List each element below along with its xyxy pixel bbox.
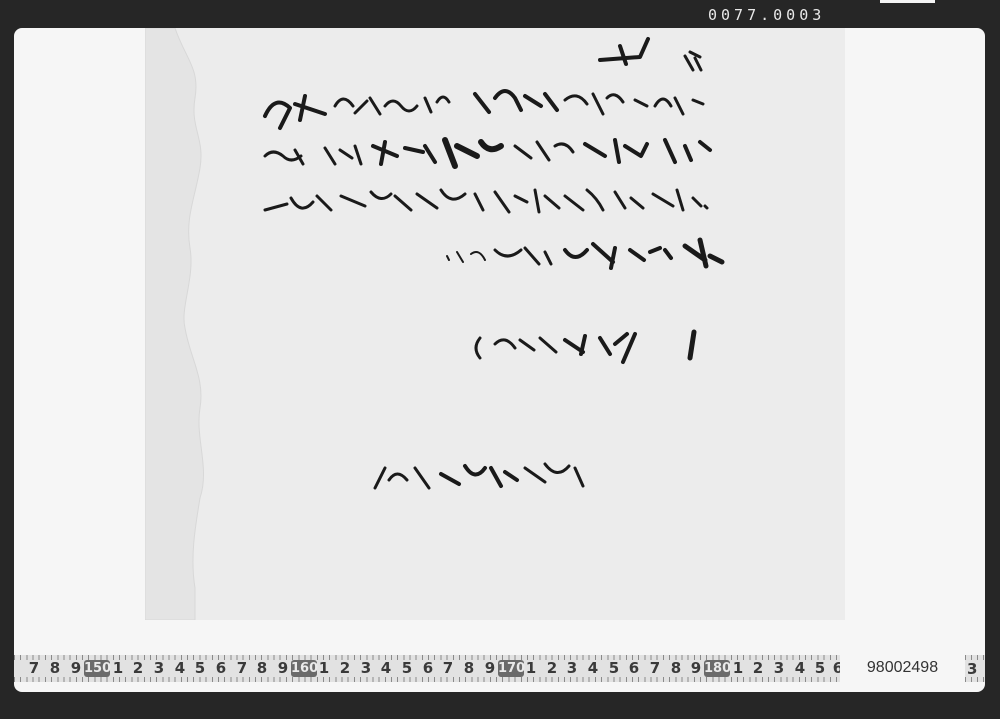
- ruler-label: 7: [24, 660, 44, 677]
- ruler-label: 5: [190, 660, 210, 677]
- ruler-label: 4: [170, 660, 190, 677]
- ruler-label: 6: [418, 660, 438, 677]
- ruler-label: 3: [562, 660, 582, 677]
- ruler-label-major: 150: [84, 660, 110, 677]
- ruler-label: 6: [624, 660, 644, 677]
- ruler-label: 8: [252, 660, 272, 677]
- ruler-label-major: 180: [704, 660, 730, 677]
- ruler-label: 7: [645, 660, 665, 677]
- ruler-end-label: 3: [967, 660, 977, 678]
- catalog-id: 98002498: [840, 648, 965, 688]
- ruler-label: 2: [128, 660, 148, 677]
- ruler-end-fragment: 3: [965, 655, 985, 682]
- scan-board: [14, 28, 985, 692]
- calligraphy-text: [145, 28, 845, 620]
- ruler-label: 7: [438, 660, 458, 677]
- ruler-label: 9: [66, 660, 86, 677]
- ruler-label: 4: [790, 660, 810, 677]
- ruler-label: 1: [314, 660, 334, 677]
- ruler-label: 2: [335, 660, 355, 677]
- ruler-label: 4: [376, 660, 396, 677]
- ruler-label: 2: [542, 660, 562, 677]
- ruler-label: 5: [397, 660, 417, 677]
- ruler-label: 3: [356, 660, 376, 677]
- ruler-label: 6: [828, 660, 840, 677]
- measurement-ruler: 7 8 9 150 1 2 3 4 5 6 7 8 9 160 1 2 3 4 …: [14, 655, 840, 682]
- ruler-label: 6: [211, 660, 231, 677]
- ruler-label: 8: [459, 660, 479, 677]
- document-paper: [145, 28, 845, 620]
- ruler-label: 2: [748, 660, 768, 677]
- ruler-numbers: 7 8 9 150 1 2 3 4 5 6 7 8 9 160 1 2 3 4 …: [14, 660, 840, 677]
- ruler-label: 7: [232, 660, 252, 677]
- ruler-label: 9: [480, 660, 500, 677]
- ruler-label: 3: [149, 660, 169, 677]
- catalog-label-area: 98002498: [840, 648, 965, 688]
- top-tab: [880, 0, 935, 3]
- ruler-label: 4: [583, 660, 603, 677]
- ruler-label: 3: [769, 660, 789, 677]
- ruler-label: 5: [604, 660, 624, 677]
- ruler-label: 8: [45, 660, 65, 677]
- frame-number: 0077.0003: [708, 6, 825, 24]
- ruler-label: 1: [728, 660, 748, 677]
- ruler-label: 5: [810, 660, 830, 677]
- ruler-label: 9: [273, 660, 293, 677]
- ruler-label: 8: [666, 660, 686, 677]
- ruler-label: 1: [108, 660, 128, 677]
- ruler-label: 9: [686, 660, 706, 677]
- ruler-label: 1: [521, 660, 541, 677]
- ruler-ticks-bottom: [14, 677, 840, 682]
